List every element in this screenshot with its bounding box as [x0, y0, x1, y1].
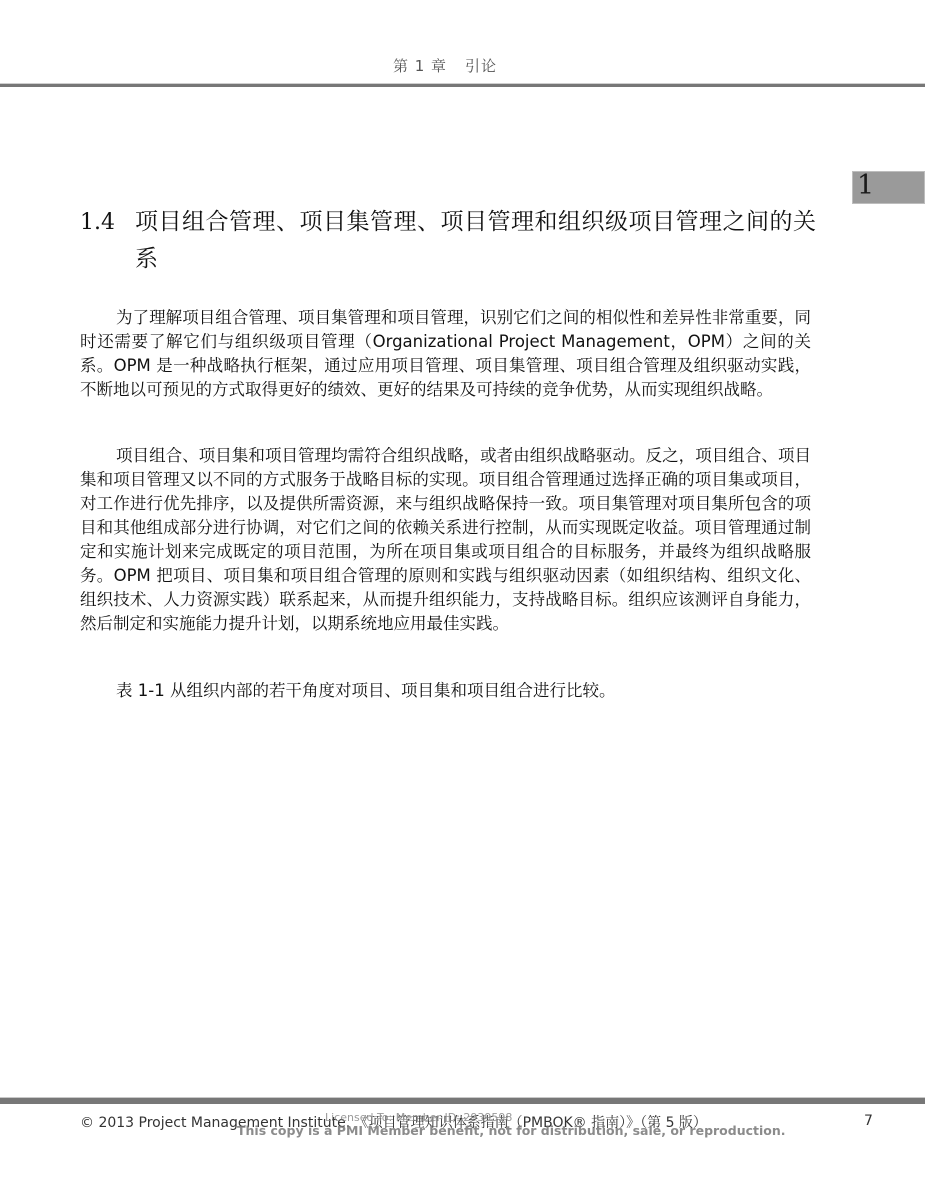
- header-rule: [0, 83, 925, 87]
- paragraph-text: 为了理解项目组合管理、项目集管理和项目管理，识别它们之间的相似性和差异性非常重要…: [80, 306, 811, 402]
- section-title: 项目组合管理、项目集管理、项目管理和组织级项目管理之间的关系: [135, 204, 820, 278]
- paragraph-text: 项目组合、项目集和项目管理均需符合组织战略，或者由组织战略驱动。反之，项目组合、…: [80, 444, 811, 636]
- page-number: 7: [864, 1113, 873, 1129]
- chapter-tab-number: 1: [857, 170, 874, 201]
- running-header: 第 1 章引论: [0, 55, 890, 76]
- chapter-label: 第 1 章: [393, 57, 447, 75]
- chapter-thumb-tab: 1: [852, 171, 925, 204]
- section-heading: 1.4 项目组合管理、项目集管理、项目管理和组织级项目管理之间的关系: [80, 204, 820, 278]
- body-paragraph-2: 项目组合、项目集和项目管理均需符合组织战略，或者由组织战略驱动。反之，项目组合、…: [80, 444, 811, 636]
- footer-distribution-notice: This copy is a PMI Member benefit, not f…: [237, 1123, 786, 1138]
- chapter-title: 引论: [465, 57, 497, 75]
- section-number: 1.4: [80, 204, 115, 241]
- body-paragraph-1: 为了理解项目组合管理、项目集管理和项目管理，识别它们之间的相似性和差异性非常重要…: [80, 306, 811, 402]
- paragraph-text: 表 1-1 从组织内部的若干角度对项目、项目集和项目组合进行比较。: [80, 679, 811, 703]
- body-paragraph-3: 表 1-1 从组织内部的若干角度对项目、项目集和项目组合进行比较。: [80, 679, 811, 703]
- footer-rule: [0, 1097, 925, 1104]
